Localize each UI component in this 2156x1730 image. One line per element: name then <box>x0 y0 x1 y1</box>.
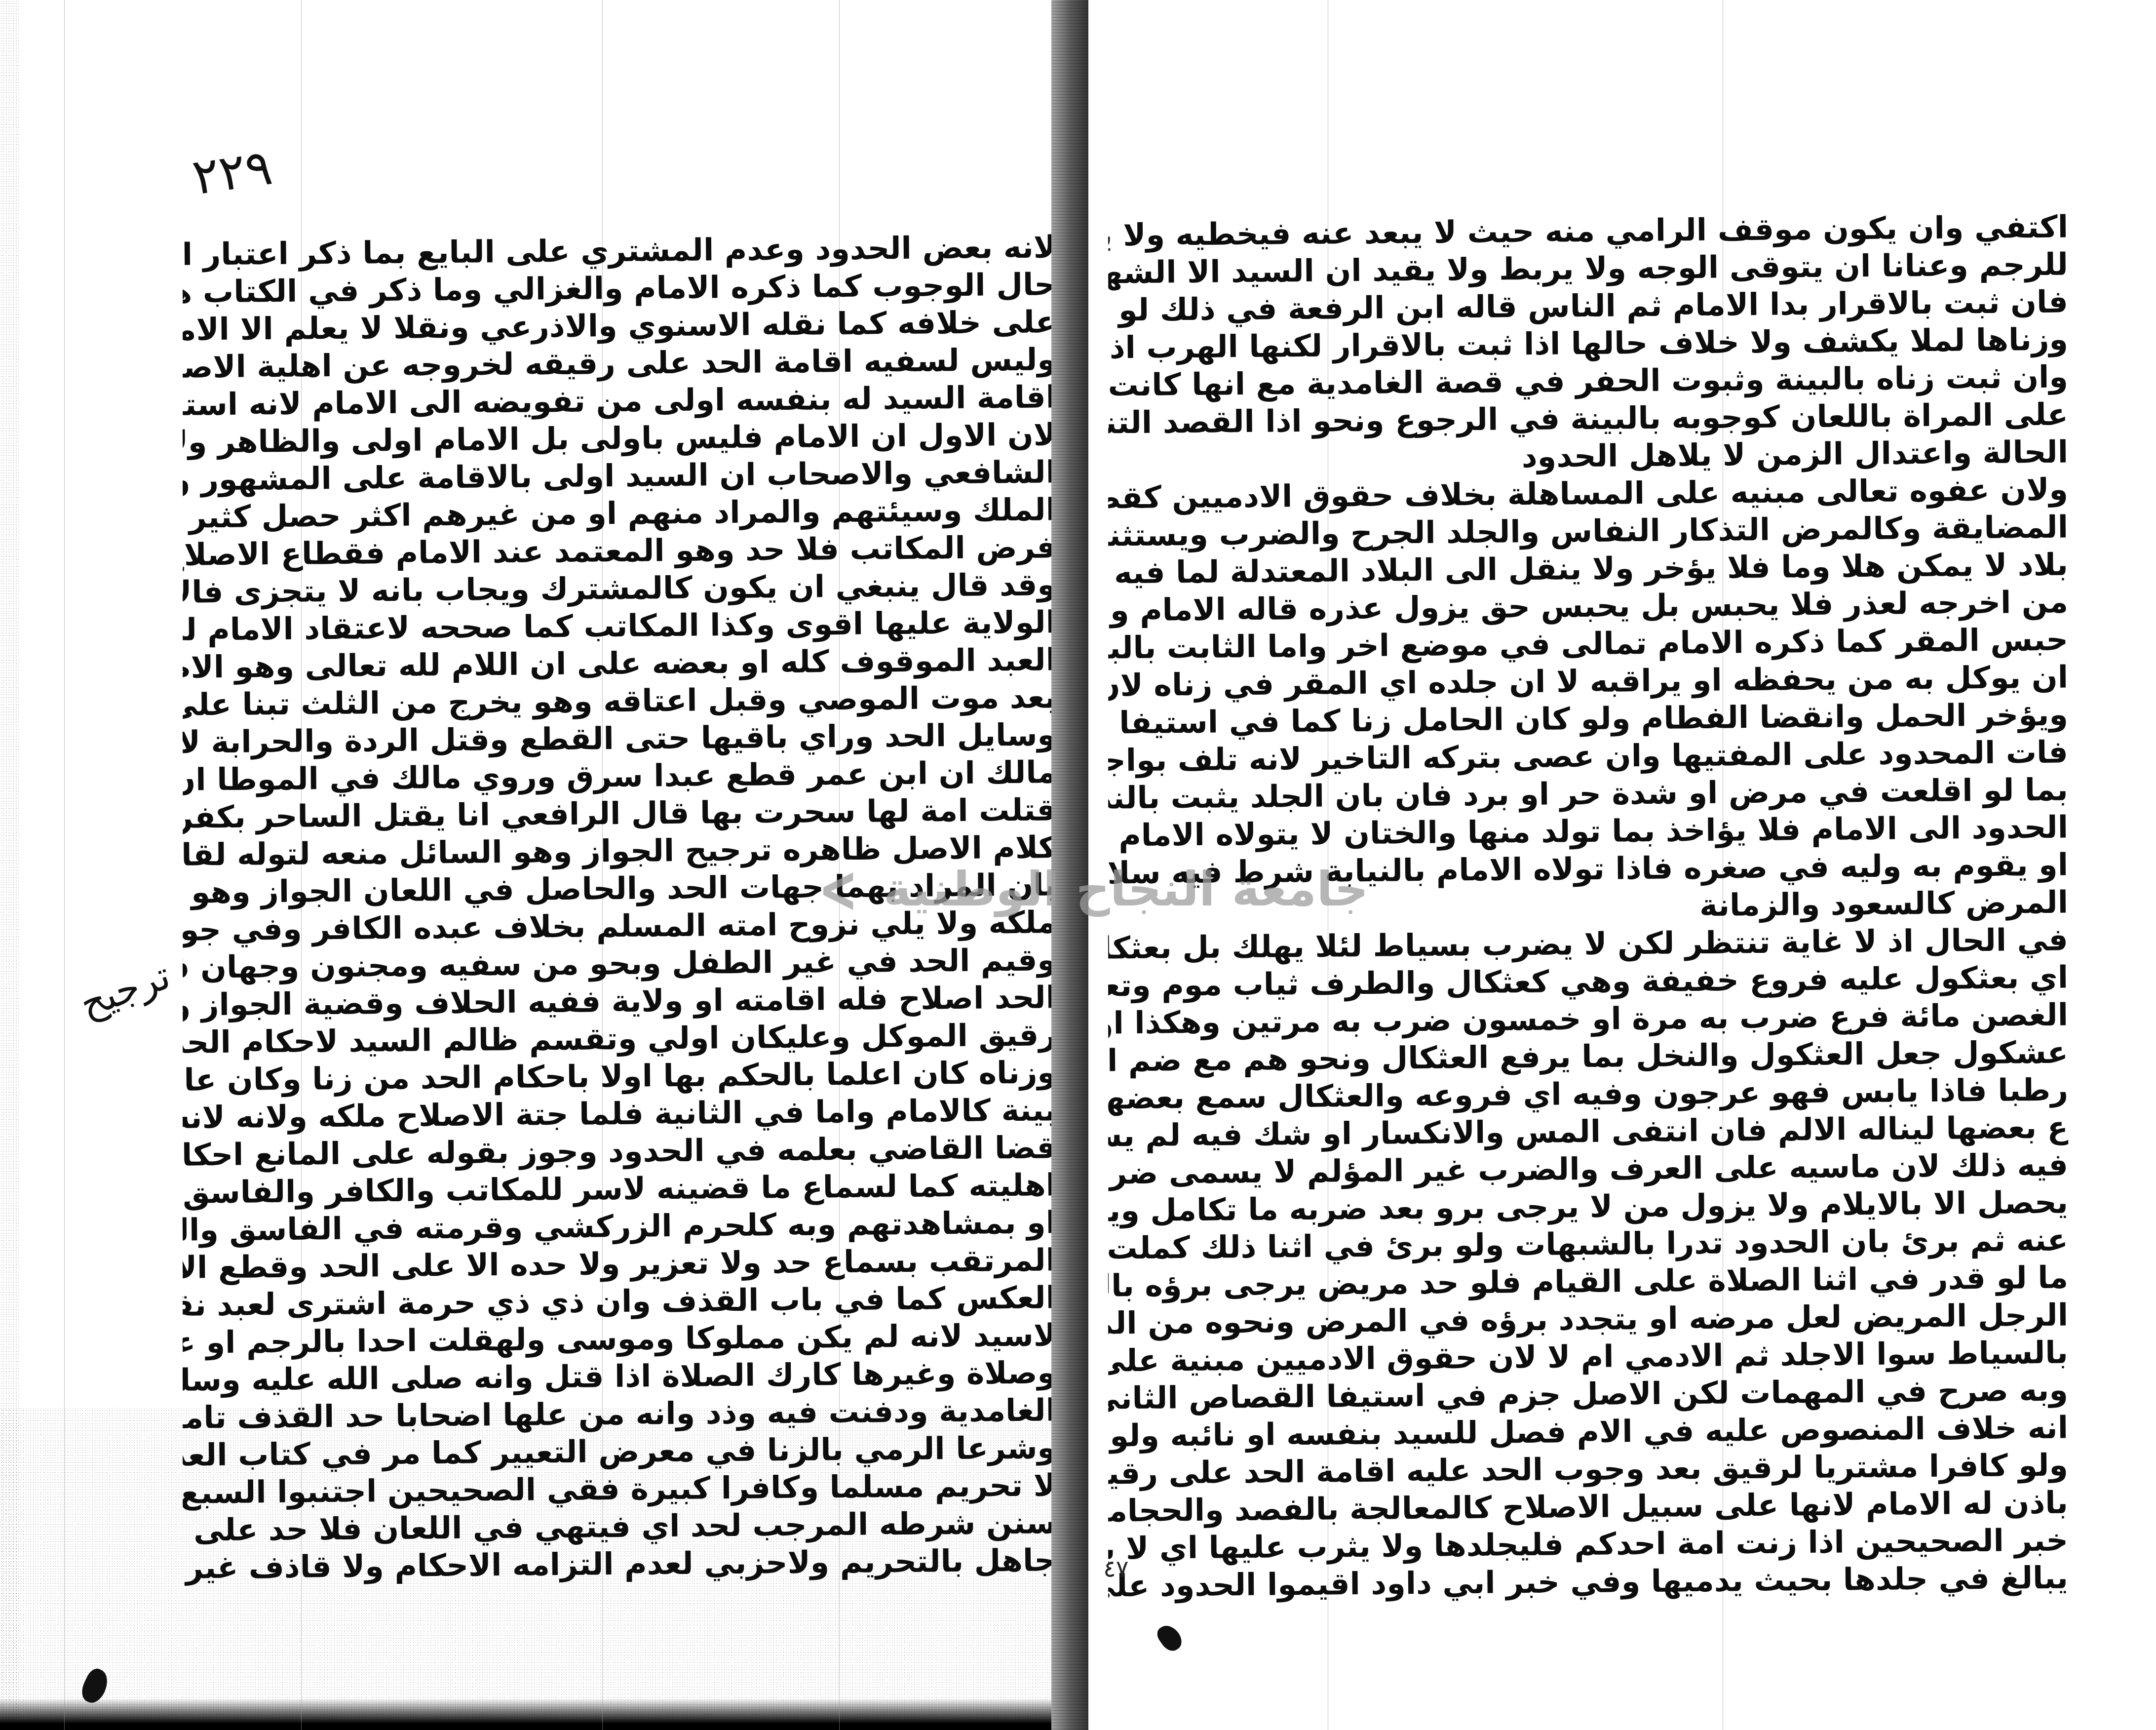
bottom-mark: ٤٧ <box>1103 1555 1129 1583</box>
manuscript-line: جاهل بالتحريم ولاحزبي لعدم التزامه الاحك… <box>183 1541 1057 1586</box>
left-page-text: لانه بعض الحدود وعدم المشتري على البايع … <box>183 232 1056 1583</box>
margin-note: ترجيح <box>74 953 176 1026</box>
manuscript-line: يبالغ في جلدها بحيث يدميها وفي خبر ابي د… <box>1108 1559 2069 1605</box>
manuscript-spread: ٢٢٩ ترجيح لانه بعض الحدود وعدم المشتري ع… <box>0 0 2156 1730</box>
right-page: اكتفي وان يكون موقف الرامي منه حيث لا يب… <box>1088 0 2156 1730</box>
left-page: ٢٢٩ ترجيح لانه بعض الحدود وعدم المشتري ع… <box>0 0 1051 1730</box>
book-gutter <box>1051 0 1088 1730</box>
page-number: ٢٢٩ <box>189 138 276 206</box>
ink-stain <box>77 1666 112 1706</box>
right-page-text: اكتفي وان يكون موقف الرامي منه حيث لا يب… <box>1108 212 2068 1601</box>
